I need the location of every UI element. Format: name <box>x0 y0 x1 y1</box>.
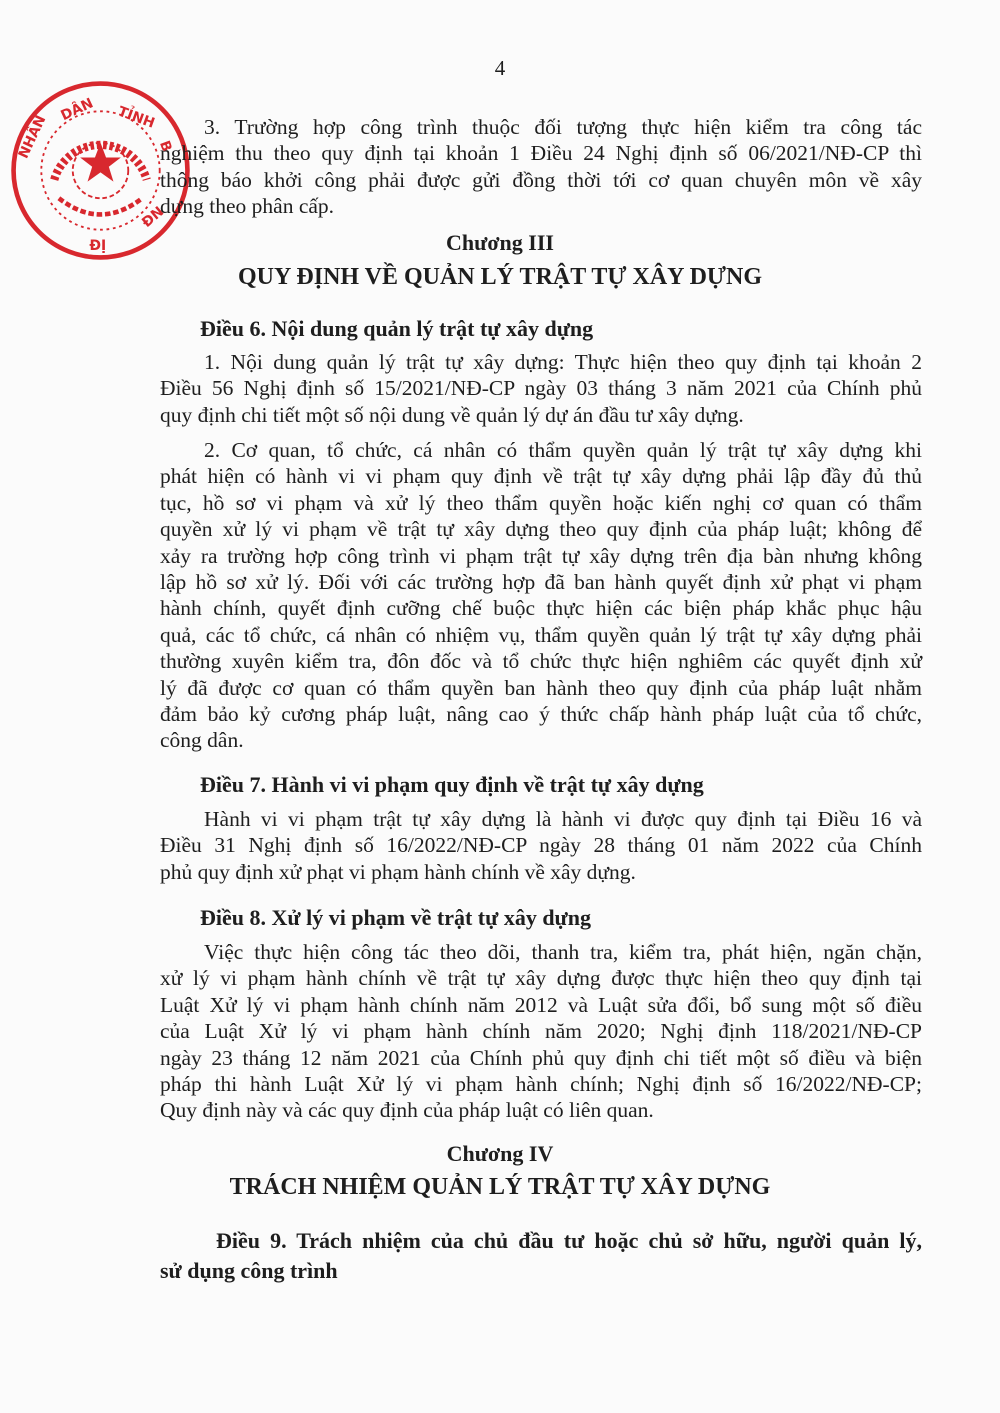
text-line: Việc thực hiện công tác theo dõi, thanh … <box>160 939 922 965</box>
text-line: đảm bảo kỷ cương pháp luật, nâng cao ý t… <box>160 701 922 727</box>
text-line: lập hồ sơ xử lý. Đối với các trường hợp … <box>160 569 922 595</box>
article-7-heading: Điều 7. Hành vi vi phạm quy định về trật… <box>200 772 704 798</box>
text-line: phủ quy định xử phạt vi phạm hành chính … <box>160 859 922 885</box>
text-line: Luật Xử lý vi phạm hành chính năm 2012 v… <box>160 992 922 1018</box>
text-line: Hành vi vi phạm trật tự xây dựng là hành… <box>160 806 922 832</box>
text-line: tục, hồ sơ vi phạm và xử lý theo thẩm qu… <box>160 490 922 516</box>
svg-text:TỈNH: TỈNH <box>116 101 158 132</box>
text-line: dựng theo phân cấp. <box>160 193 922 219</box>
text-line: 3. Trường hợp công trình thuộc đối tượng… <box>160 114 922 140</box>
text-line: hành chính, quyết định cưỡng chế buộc th… <box>160 595 922 621</box>
text-line: pháp thi hành Luật Xử lý vi phạm hành ch… <box>160 1071 922 1097</box>
text-line: thường xuyên kiểm tra, đôn đốc và tổ chứ… <box>160 648 922 674</box>
clause-3-paragraph: 3. Trường hợp công trình thuộc đối tượng… <box>160 114 922 220</box>
article-6-heading: Điều 6. Nội dung quản lý trật tự xây dựn… <box>200 316 593 342</box>
text-line: quy định chi tiết một số nội dung về quả… <box>160 402 922 428</box>
text-line: xảy ra trường hợp công trình vi phạm trậ… <box>160 543 922 569</box>
chapter-4-label: Chương IV <box>0 1141 1000 1167</box>
text-line: của Luật Xử lý vi phạm hành chính năm 20… <box>160 1018 922 1044</box>
text-line: quả, các tổ chức, cá nhân có nhiệm vụ, t… <box>160 622 922 648</box>
chapter-3-title: QUY ĐỊNH VỀ QUẢN LÝ TRẬT TỰ XÂY DỰNG <box>0 264 1000 291</box>
article-6-clause-2: 2. Cơ quan, tổ chức, cá nhân có thẩm quy… <box>160 437 922 754</box>
text-line: Điều 31 Nghị định số 16/2022/NĐ-CP ngày … <box>160 832 922 858</box>
text-line: Điều 9. Trách nhiệm của chủ đầu tư hoặc … <box>160 1226 922 1256</box>
text-line: ngày 23 tháng 12 năm 2021 của Chính phủ … <box>160 1045 922 1071</box>
text-line: lý đã được cơ quan có thẩm quyền ban hàn… <box>160 675 922 701</box>
text-line: nghiệm thu theo quy định tại khoản 1 Điề… <box>160 140 922 166</box>
chapter-3-label: Chương III <box>0 230 1000 256</box>
text-line: Quy định này và các quy định của pháp lu… <box>160 1097 922 1123</box>
article-8-heading: Điều 8. Xử lý vi phạm về trật tự xây dựn… <box>200 905 591 931</box>
article-8-body: Việc thực hiện công tác theo dõi, thanh … <box>160 939 922 1124</box>
text-line: thông báo khởi công phải được gửi đồng t… <box>160 167 922 193</box>
article-6-clause-1: 1. Nội dung quản lý trật tự xây dựng: Th… <box>160 349 922 428</box>
article-7-body: Hành vi vi phạm trật tự xây dựng là hành… <box>160 806 922 885</box>
text-line: sử dụng công trình <box>160 1256 922 1286</box>
text-line: 1. Nội dung quản lý trật tự xây dựng: Th… <box>160 349 922 375</box>
chapter-4-title: TRÁCH NHIỆM QUẢN LÝ TRẬT TỰ XÂY DỰNG <box>0 1174 1000 1201</box>
text-line: xử lý vi phạm hành chính về trật tự xây … <box>160 965 922 991</box>
svg-text:DÂN: DÂN <box>58 94 96 124</box>
text-line: công dân. <box>160 727 922 753</box>
text-line: quyền xử lý vi phạm về trật tự xây dựng … <box>160 516 922 542</box>
text-line: 2. Cơ quan, tổ chức, cá nhân có thẩm quy… <box>160 437 922 463</box>
text-line: Điều 56 Nghị định số 15/2021/NĐ-CP ngày … <box>160 375 922 401</box>
article-9-heading: Điều 9. Trách nhiệm của chủ đầu tư hoặc … <box>160 1226 922 1286</box>
text-line: phát hiện có hành vi vi phạm quy định về… <box>160 463 922 489</box>
